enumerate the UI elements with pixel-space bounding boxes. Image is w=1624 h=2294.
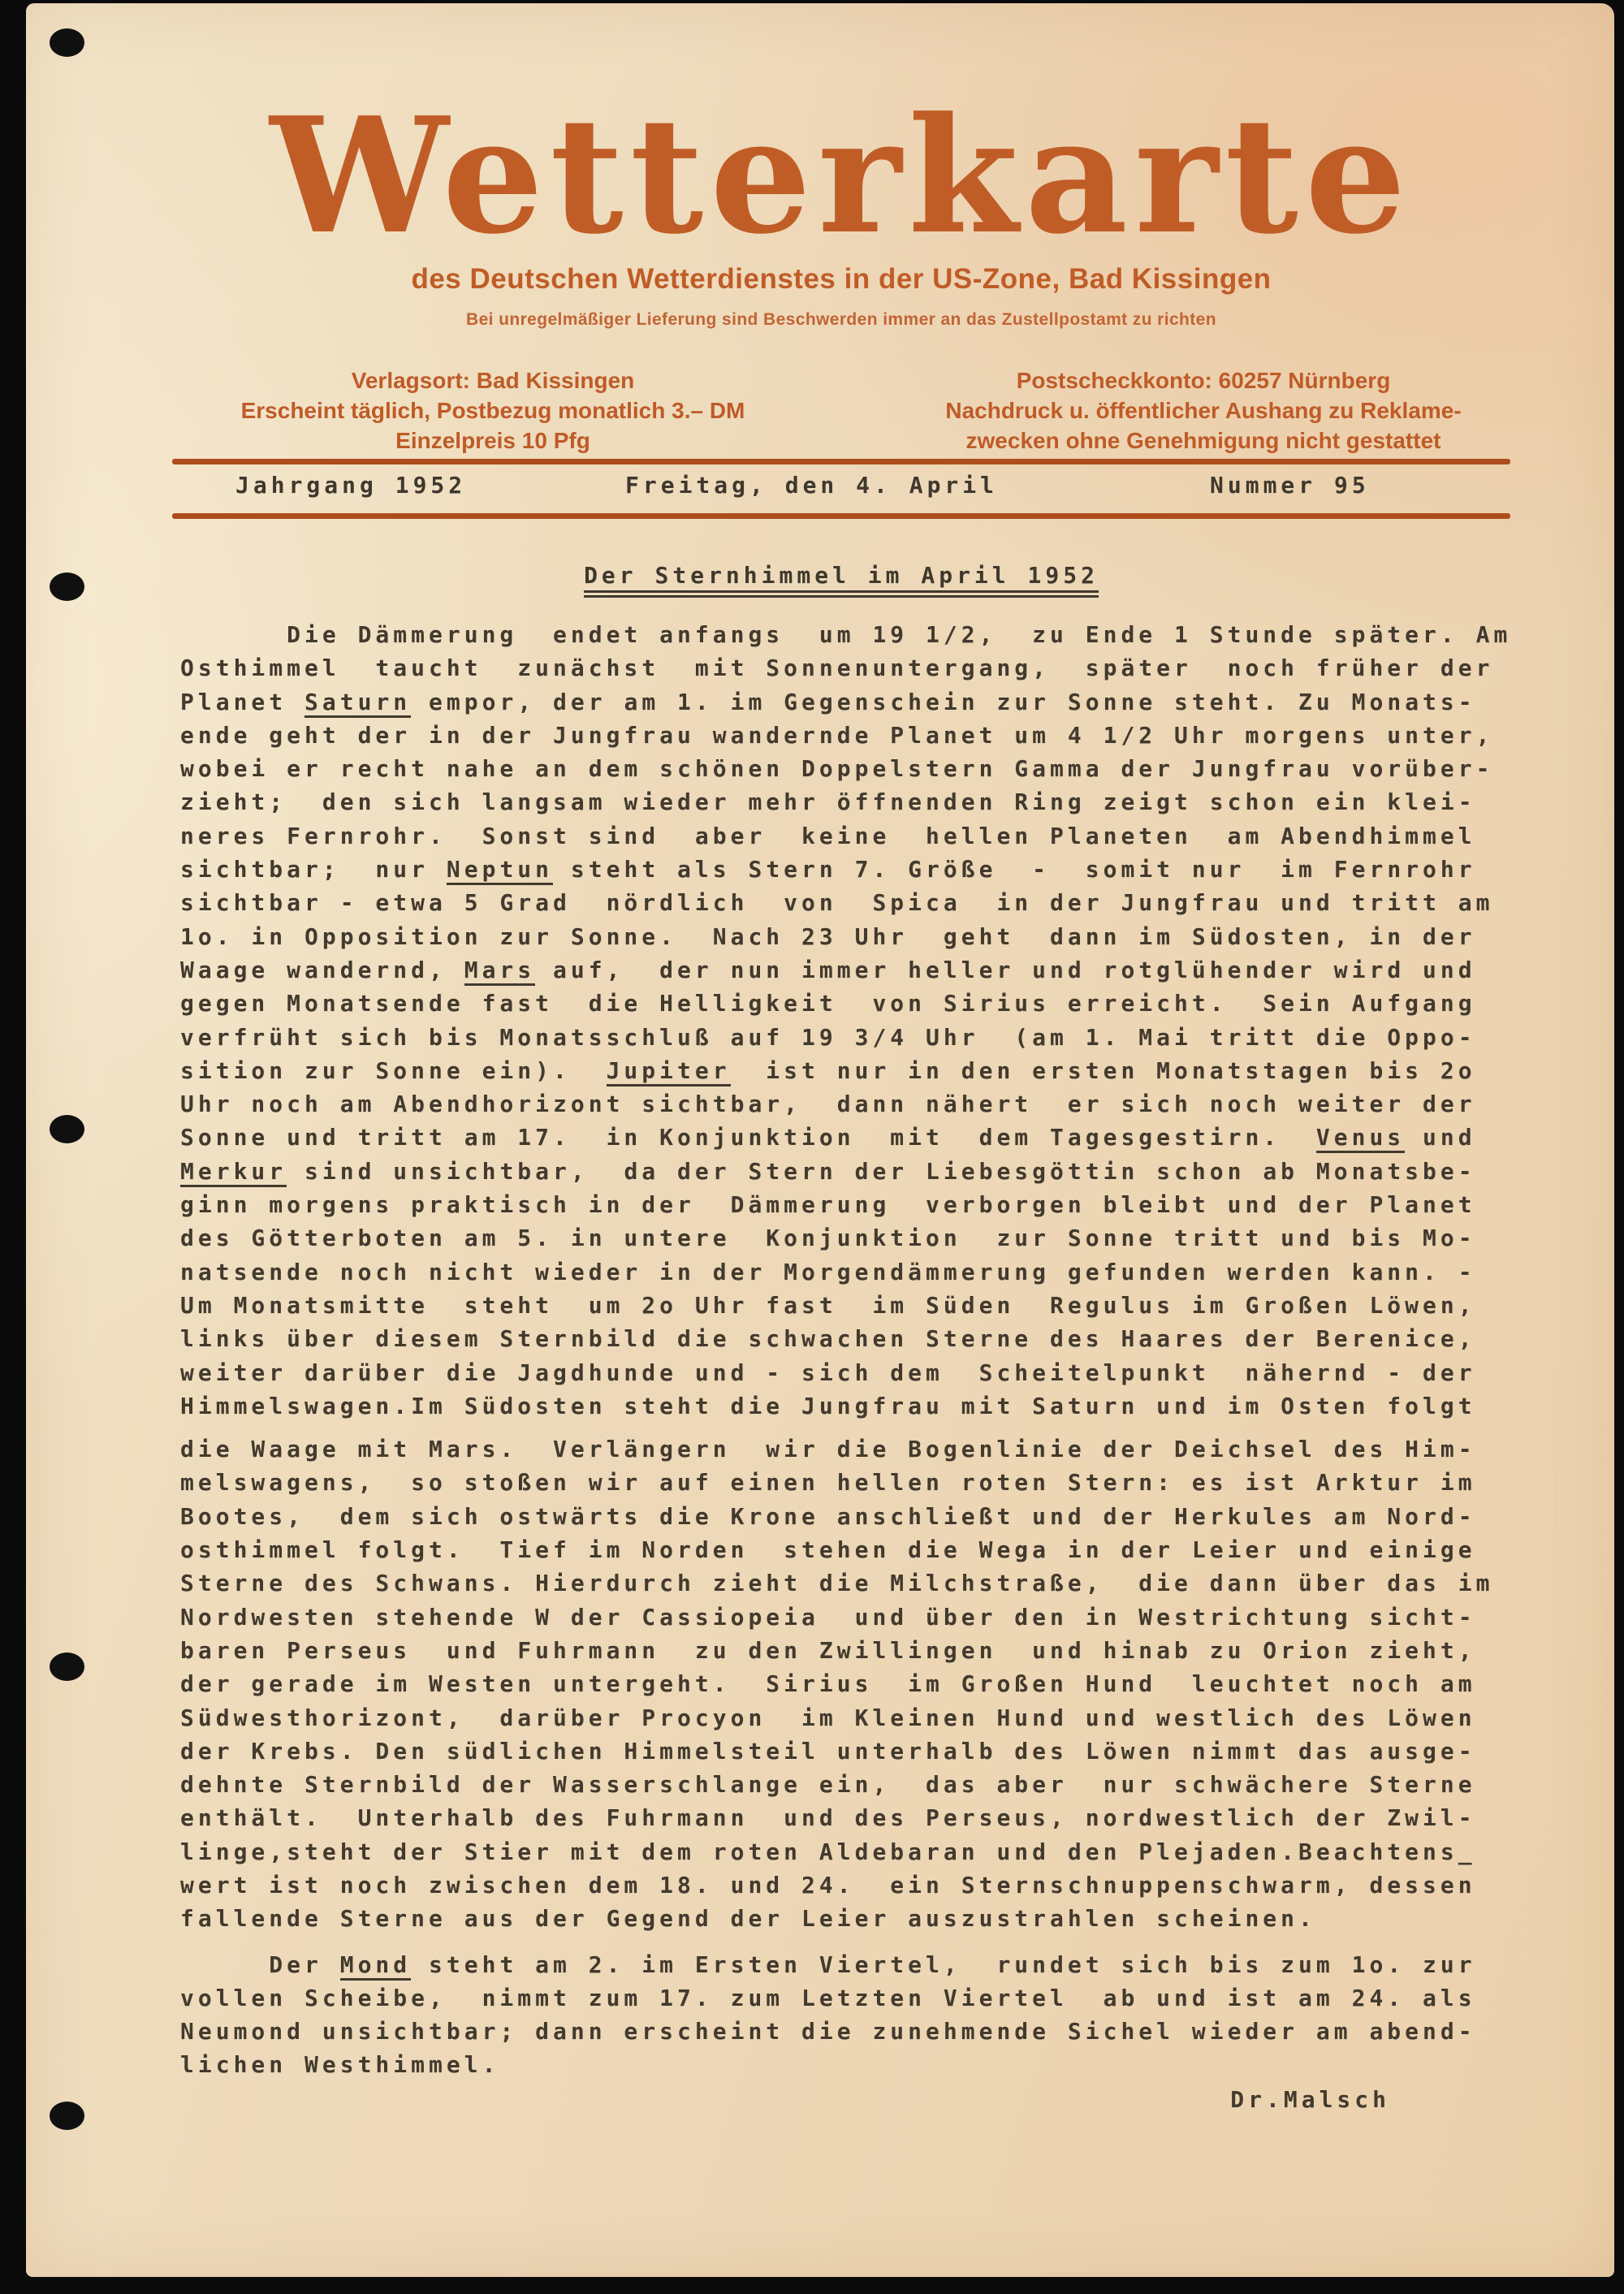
text-line: weiter darüber die Jagdhunde und - sich … (180, 1356, 1512, 1389)
punch-hole (50, 28, 84, 57)
text-line: verfrüht sich bis Monatsschluß auf 19 3/… (180, 1021, 1512, 1054)
text-line: Um Monatsmitte steht um 2o Uhr fast im S… (180, 1289, 1512, 1322)
text-line: 1o. in Opposition zur Sonne. Nach 23 Uhr… (180, 920, 1512, 953)
text-line: dehnte Sternbild der Wasserschlange ein,… (180, 1768, 1512, 1801)
photo-backdrop: { "masthead": { "title": "Wetterkarte", … (0, 0, 1624, 2294)
text-line: des Götterboten am 5. in untere Konjunkt… (180, 1221, 1512, 1255)
text-line: zieht; den sich langsam wieder mehr öffn… (180, 785, 1512, 819)
text-line: Waage wandernd, Mars auf, der nun immer … (180, 953, 1512, 987)
punch-hole (50, 2102, 84, 2130)
article-title: Der Sternhimmel im April 1952 (180, 562, 1502, 598)
publisher-info: Verlagsort: Bad Kissingen Erscheint tägl… (180, 365, 806, 456)
issue-date: Freitag, den 4. April (625, 472, 998, 499)
paragraph: Der Mond steht am 2. im Ersten Viertel, … (180, 1948, 1512, 2082)
text-line: osthimmel folgt. Tief im Norden stehen d… (180, 1533, 1512, 1566)
text-line: enthält. Unterhalb des Fuhrmann und des … (180, 1801, 1512, 1834)
postal-account: Postscheckkonto: 60257 Nürnberg (903, 365, 1504, 395)
text-line: Der Mond steht am 2. im Ersten Viertel, … (180, 1948, 1512, 1981)
text-line: baren Perseus und Fuhrmann zu den Zwilli… (180, 1634, 1512, 1667)
text-line: wobei er recht nahe an dem schönen Doppe… (180, 752, 1512, 785)
masthead-title: Wetterkarte (180, 99, 1502, 253)
reprint-notice-line2: zwecken ohne Genehmigung nicht gestattet (903, 426, 1504, 456)
publisher-location: Verlagsort: Bad Kissingen (180, 365, 806, 395)
horizontal-rule-bottom (172, 513, 1510, 519)
text-line: Neumond unsichtbar; dann erscheint die z… (180, 2015, 1512, 2048)
punch-hole (50, 1115, 84, 1143)
text-line: links über diesem Sternbild die schwache… (180, 1322, 1512, 1355)
text-line: Nordwesten stehende W der Cassiopeia und… (180, 1601, 1512, 1634)
delivery-notice: Bei unregelmäßiger Lieferung sind Beschw… (180, 310, 1502, 330)
text-line: Merkur sind unsichtbar, da der Stern der… (180, 1155, 1512, 1188)
text-line: ginn morgens praktisch in der Dämmerung … (180, 1188, 1512, 1221)
single-copy-price: Einzelpreis 10 Pfg (180, 426, 806, 456)
text-line: Uhr noch am Abendhorizont sichtbar, dann… (180, 1087, 1512, 1121)
article-title-text: Der Sternhimmel im April 1952 (584, 562, 1099, 598)
subscription-price: Erscheint täglich, Postbezug monatlich 3… (180, 395, 806, 426)
text-line: vollen Scheibe, nimmt zum 17. zum Letzte… (180, 1981, 1512, 2015)
text-line: Osthimmel taucht zunächst mit Sonnenunte… (180, 651, 1512, 685)
author-signature: Dr.Malsch (180, 2083, 1512, 2116)
dateline: Jahrgang 1952 Freitag, den 4. April Numm… (180, 472, 1502, 508)
text-line: die Waage mit Mars. Verlängern wir die B… (180, 1432, 1512, 1466)
masthead-subtitle: des Deutschen Wetterdienstes in der US-Z… (180, 263, 1502, 296)
punch-hole (50, 1652, 84, 1681)
text-line: lichen Westhimmel. (180, 2048, 1512, 2081)
volume-label: Jahrgang 1952 (235, 472, 466, 499)
text-line: linge,steht der Stier mit dem roten Alde… (180, 1835, 1512, 1868)
punch-hole (50, 572, 84, 601)
text-line: Die Dämmerung endet anfangs um 19 1/2, z… (180, 618, 1512, 651)
text-line: Sonne und tritt am 17. in Konjunktion mi… (180, 1121, 1512, 1154)
text-line: sition zur Sonne ein). Jupiter ist nur i… (180, 1054, 1512, 1087)
text-line: Sterne des Schwans. Hierdurch zieht die … (180, 1566, 1512, 1600)
text-line: wert ist noch zwischen dem 18. und 24. e… (180, 1868, 1512, 1902)
paragraph: Die Dämmerung endet anfangs um 19 1/2, z… (180, 618, 1512, 1423)
horizontal-rule-top (172, 459, 1510, 464)
reprint-notice-line1: Nachdruck u. öffentlicher Aushang zu Rek… (903, 395, 1504, 426)
article-body: Die Dämmerung endet anfangs um 19 1/2, z… (180, 618, 1512, 2116)
text-line: fallende Sterne aus der Gegend der Leier… (180, 1902, 1512, 1935)
text-line: sichtbar - etwa 5 Grad nördlich von Spic… (180, 886, 1512, 919)
text-line: der Krebs. Den südlichen Himmelsteil unt… (180, 1735, 1512, 1768)
text-line: Planet Saturn empor, der am 1. im Gegens… (180, 685, 1512, 719)
text-line: der gerade im Westen untergeht. Sirius i… (180, 1667, 1512, 1700)
account-info: Postscheckkonto: 60257 Nürnberg Nachdruc… (903, 365, 1504, 456)
text-line: Bootes, dem sich ostwärts die Krone ansc… (180, 1500, 1512, 1533)
text-line: neres Fernrohr. Sonst sind aber keine he… (180, 819, 1512, 853)
paragraph: die Waage mit Mars. Verlängern wir die B… (180, 1432, 1512, 1935)
text-line: sichtbar; nur Neptun steht als Stern 7. … (180, 853, 1512, 886)
document-page: Wetterkarte des Deutschen Wetterdienstes… (26, 3, 1614, 2277)
text-line: natsende noch nicht wieder in der Morgen… (180, 1255, 1512, 1289)
text-line: gegen Monatsende fast die Helligkeit von… (180, 987, 1512, 1020)
text-line: Südwesthorizont, darüber Procyon im Klei… (180, 1701, 1512, 1735)
text-line: Himmelswagen.Im Südosten steht die Jungf… (180, 1389, 1512, 1423)
text-line: ende geht der in der Jungfrau wandernde … (180, 719, 1512, 752)
issue-number: Nummer 95 (1210, 472, 1370, 499)
text-line: melswagens, so stoßen wir auf einen hell… (180, 1466, 1512, 1499)
